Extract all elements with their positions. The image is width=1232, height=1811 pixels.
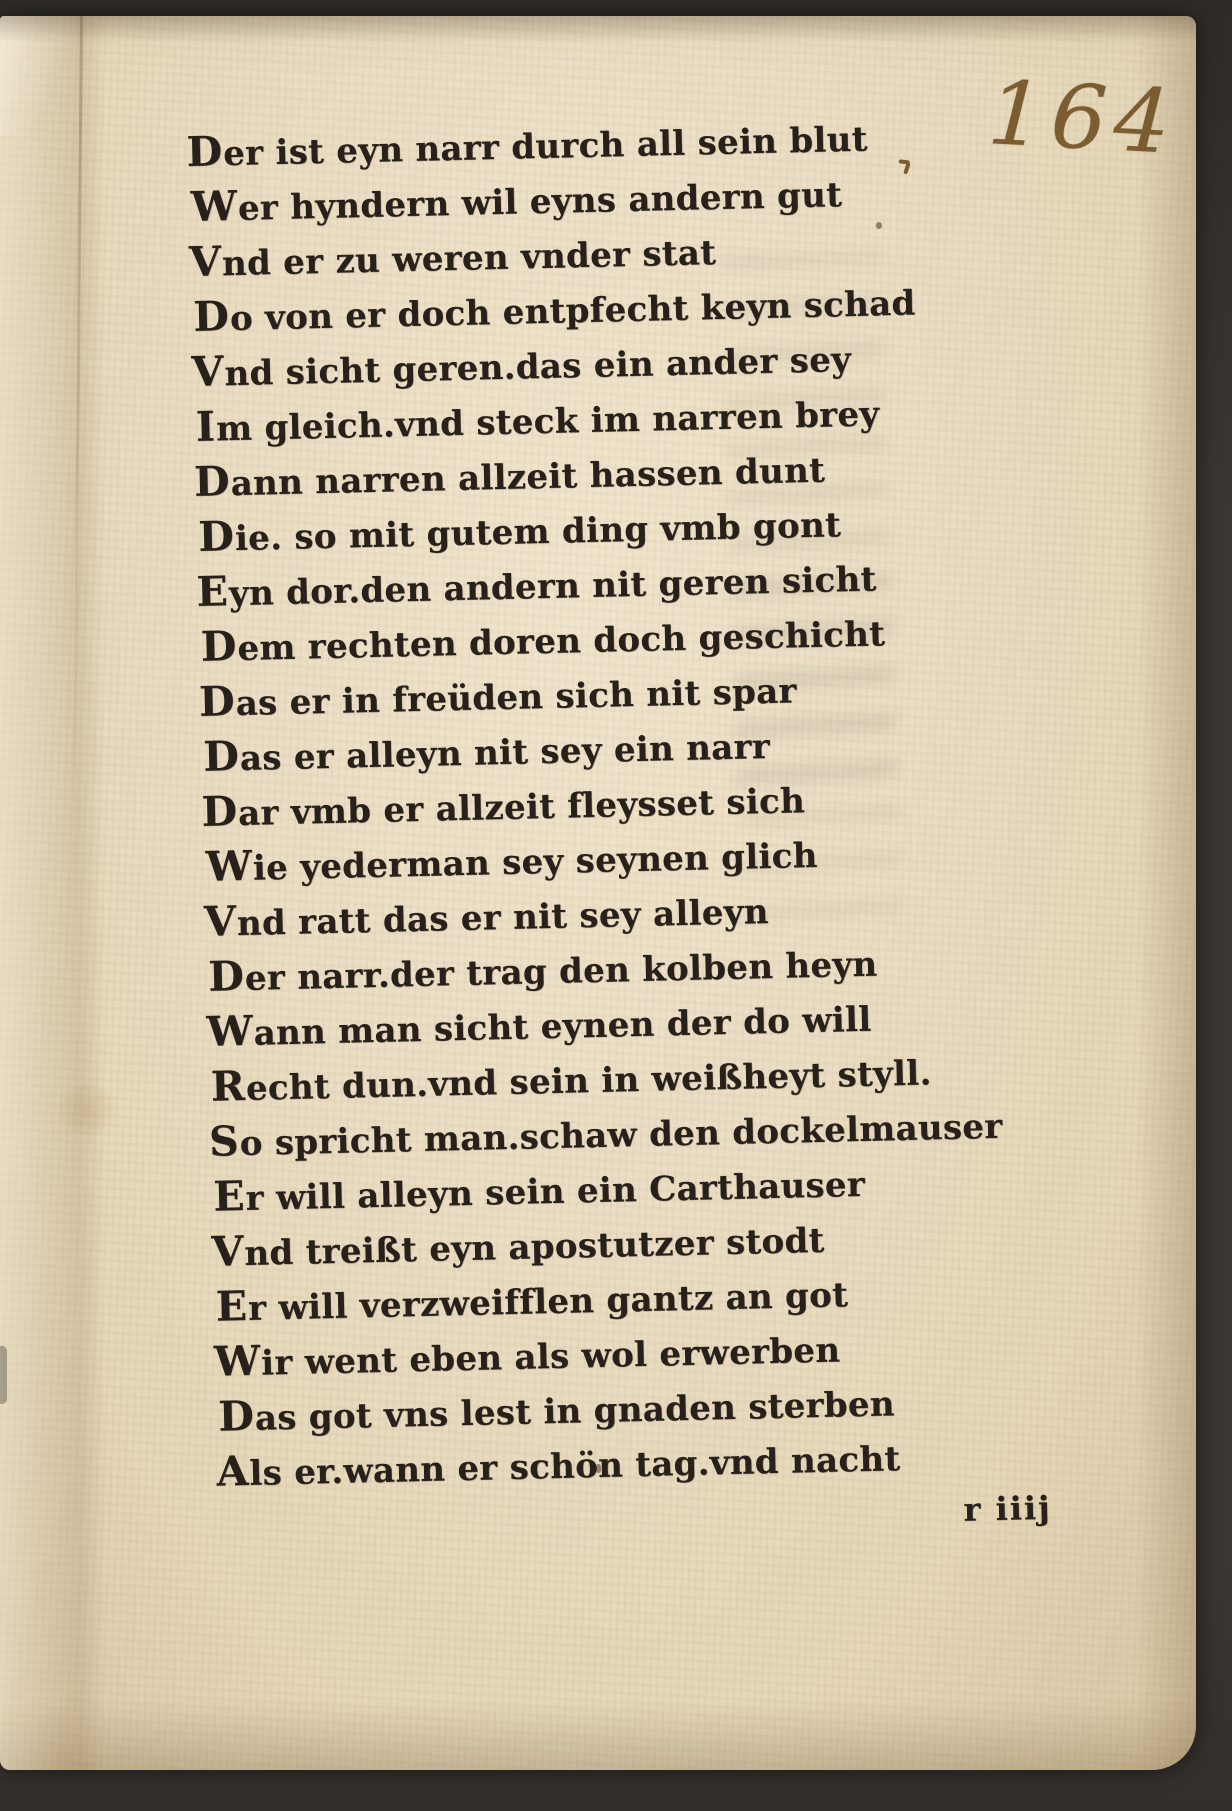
page-corner-fold (0, 16, 90, 136)
page-crease (72, 16, 83, 916)
paper-stain (56, 1084, 118, 1136)
page-edge-notch (0, 1346, 7, 1404)
book-page: 164 Der ist eyn narr durch all sein blut… (0, 16, 1196, 1770)
verse-text-block: Der ist eyn narr durch all sein blut Wer… (186, 107, 1064, 1553)
scan-background: 164 Der ist eyn narr durch all sein blut… (0, 0, 1232, 1811)
